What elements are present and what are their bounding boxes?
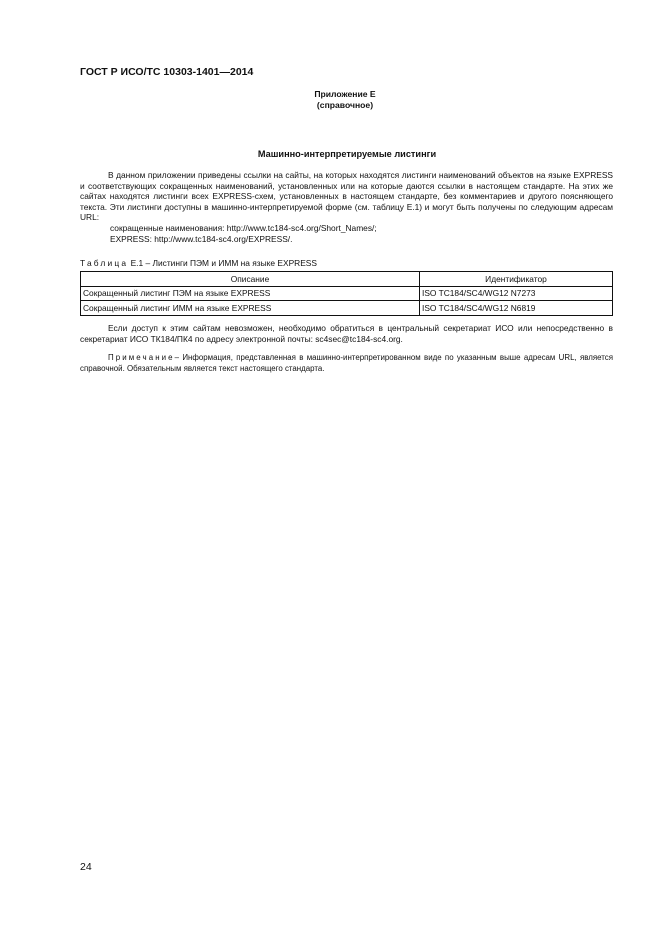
cell-description: Сокращенный листинг ИММ на языке EXPRESS — [81, 301, 420, 316]
url-express: EXPRESS: http://www.tc184-sc4.org/EXPRES… — [80, 234, 613, 245]
table-header-row: Описание Идентификатор — [81, 272, 613, 287]
intro-paragraph: В данном приложении приведены ссылки на … — [80, 170, 613, 223]
table-row: Сокращенный листинг ИММ на языке EXPRESS… — [81, 301, 613, 316]
cell-identifier: ISO TC184/SC4/WG12 N7273 — [420, 286, 613, 301]
table-caption-text: Е.1 – Листинги ПЭМ и ИММ на языке EXPRES… — [128, 258, 317, 268]
note-label: Примечание — [108, 353, 175, 362]
contact-section: Если доступ к этим сайтам невозможен, не… — [80, 323, 613, 344]
cell-description: Сокращенный листинг ПЭМ на языке EXPRESS — [81, 286, 420, 301]
appendix-heading: Приложение Е (справочное) — [240, 89, 450, 111]
listings-table: Описание Идентификатор Сокращенный листи… — [80, 271, 613, 316]
table-row: Сокращенный листинг ПЭМ на языке EXPRESS… — [81, 286, 613, 301]
note-section: Примечание– Информация, представленная в… — [80, 353, 613, 374]
url-short-names: сокращенные наименования: http://www.tc1… — [80, 223, 613, 234]
section-title: Машинно-интерпретируемые листинги — [180, 149, 514, 159]
appendix-type: (справочное) — [240, 100, 450, 111]
contact-paragraph: Если доступ к этим сайтам невозможен, не… — [80, 323, 613, 344]
intro-section: В данном приложении приведены ссылки на … — [80, 170, 613, 244]
appendix-label: Приложение Е — [240, 89, 450, 100]
table-caption-prefix: Таблица — [80, 258, 128, 268]
page-number: 24 — [80, 861, 92, 873]
table-caption: Таблица Е.1 – Листинги ПЭМ и ИММ на язык… — [80, 258, 317, 268]
column-header-description: Описание — [81, 272, 420, 287]
cell-identifier: ISO TC184/SC4/WG12 N6819 — [420, 301, 613, 316]
column-header-identifier: Идентификатор — [420, 272, 613, 287]
document-standard-id: ГОСТ Р ИСО/ТС 10303-1401—2014 — [80, 66, 253, 78]
